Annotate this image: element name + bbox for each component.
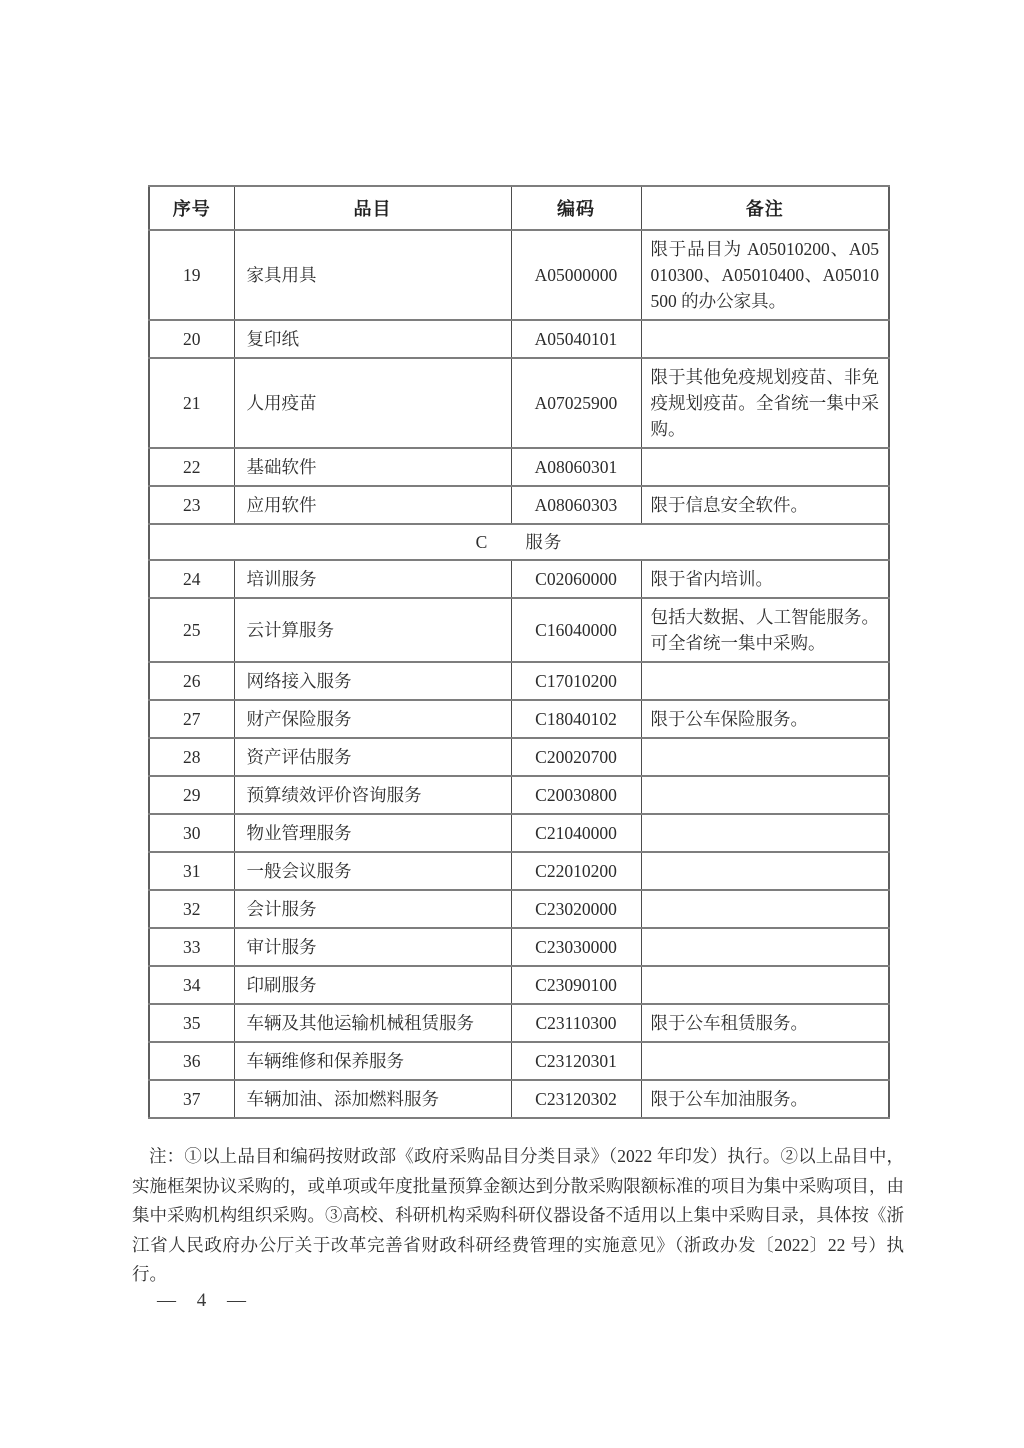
cell-item: 人用疫苗 (234, 358, 511, 448)
cell-remark (641, 320, 889, 358)
document-page: 序号 品目 编码 备注 19家具用具A05000000限于品目为 A050102… (0, 0, 1024, 1448)
table-row: 22基础软件A08060301 (149, 448, 889, 486)
cell-serial: 25 (149, 598, 234, 662)
cell-serial: 31 (149, 852, 234, 890)
cell-serial: 34 (149, 966, 234, 1004)
cell-serial: 23 (149, 486, 234, 524)
cell-item: 家具用具 (234, 230, 511, 320)
table-row: 35车辆及其他运输机械租赁服务C23110300限于公车租赁服务。 (149, 1004, 889, 1042)
cell-code: C21040000 (511, 814, 641, 852)
cell-code: C23120302 (511, 1080, 641, 1118)
cell-code: C23110300 (511, 1004, 641, 1042)
cell-item: 审计服务 (234, 928, 511, 966)
column-header-remark: 备注 (641, 186, 889, 230)
page-number: — 4 — (157, 1290, 248, 1312)
cell-remark: 限于公车保险服务。 (641, 700, 889, 738)
table-row: 24培训服务C02060000限于省内培训。 (149, 560, 889, 598)
procurement-catalog-table: 序号 品目 编码 备注 19家具用具A05000000限于品目为 A050102… (148, 185, 890, 1119)
table-row: 31一般会议服务C22010200 (149, 852, 889, 890)
cell-serial: 28 (149, 738, 234, 776)
cell-serial: 32 (149, 890, 234, 928)
cell-serial: 22 (149, 448, 234, 486)
cell-serial: 20 (149, 320, 234, 358)
section-label: C 服务 (149, 524, 889, 560)
cell-remark (641, 852, 889, 890)
cell-remark: 限于公车加油服务。 (641, 1080, 889, 1118)
cell-code: C20020700 (511, 738, 641, 776)
cell-code: C23030000 (511, 928, 641, 966)
cell-serial: 26 (149, 662, 234, 700)
cell-item: 网络接入服务 (234, 662, 511, 700)
table-row: 30物业管理服务C21040000 (149, 814, 889, 852)
cell-serial: 37 (149, 1080, 234, 1118)
cell-code: C17010200 (511, 662, 641, 700)
column-header-item: 品目 (234, 186, 511, 230)
cell-remark (641, 776, 889, 814)
table-row: 33审计服务C23030000 (149, 928, 889, 966)
cell-item: 车辆及其他运输机械租赁服务 (234, 1004, 511, 1042)
cell-item: 物业管理服务 (234, 814, 511, 852)
table-row: 21人用疫苗A07025900限于其他免疫规划疫苗、非免疫规划疫苗。全省统一集中… (149, 358, 889, 448)
cell-item: 印刷服务 (234, 966, 511, 1004)
cell-code: C22010200 (511, 852, 641, 890)
section-divider-row: C 服务 (149, 524, 889, 560)
cell-item: 复印纸 (234, 320, 511, 358)
column-header-code: 编码 (511, 186, 641, 230)
cell-item: 车辆维修和保养服务 (234, 1042, 511, 1080)
table-row: 25云计算服务C16040000包括大数据、人工智能服务。可全省统一集中采购。 (149, 598, 889, 662)
cell-remark (641, 890, 889, 928)
cell-remark (641, 814, 889, 852)
cell-serial: 21 (149, 358, 234, 448)
table-row: 34印刷服务C23090100 (149, 966, 889, 1004)
footnote-text: 注：①以上品目和编码按财政部《政府采购品目分类目录》（2022 年印发）执行。②… (132, 1142, 904, 1290)
cell-item: 资产评估服务 (234, 738, 511, 776)
cell-item: 财产保险服务 (234, 700, 511, 738)
table-header-row: 序号 品目 编码 备注 (149, 186, 889, 230)
cell-code: A08060301 (511, 448, 641, 486)
cell-serial: 19 (149, 230, 234, 320)
cell-serial: 30 (149, 814, 234, 852)
cell-remark (641, 662, 889, 700)
table-row: 23应用软件A08060303限于信息安全软件。 (149, 486, 889, 524)
column-header-serial: 序号 (149, 186, 234, 230)
cell-serial: 36 (149, 1042, 234, 1080)
cell-code: A05040101 (511, 320, 641, 358)
table-row: 20复印纸A05040101 (149, 320, 889, 358)
cell-code: A08060303 (511, 486, 641, 524)
cell-remark (641, 928, 889, 966)
table-row: 28资产评估服务C20020700 (149, 738, 889, 776)
cell-item: 预算绩效评价咨询服务 (234, 776, 511, 814)
cell-code: A05000000 (511, 230, 641, 320)
cell-code: C23020000 (511, 890, 641, 928)
cell-remark (641, 448, 889, 486)
cell-serial: 29 (149, 776, 234, 814)
cell-code: C23120301 (511, 1042, 641, 1080)
cell-code: C23090100 (511, 966, 641, 1004)
cell-code: C16040000 (511, 598, 641, 662)
cell-remark: 包括大数据、人工智能服务。可全省统一集中采购。 (641, 598, 889, 662)
table-row: 36车辆维修和保养服务C23120301 (149, 1042, 889, 1080)
cell-item: 培训服务 (234, 560, 511, 598)
cell-code: C18040102 (511, 700, 641, 738)
cell-item: 云计算服务 (234, 598, 511, 662)
table-row: 37车辆加油、添加燃料服务C23120302限于公车加油服务。 (149, 1080, 889, 1118)
cell-item: 应用软件 (234, 486, 511, 524)
cell-serial: 24 (149, 560, 234, 598)
cell-remark: 限于其他免疫规划疫苗、非免疫规划疫苗。全省统一集中采购。 (641, 358, 889, 448)
cell-item: 一般会议服务 (234, 852, 511, 890)
cell-remark (641, 1042, 889, 1080)
table-row: 19家具用具A05000000限于品目为 A05010200、A05010300… (149, 230, 889, 320)
cell-item: 车辆加油、添加燃料服务 (234, 1080, 511, 1118)
cell-code: A07025900 (511, 358, 641, 448)
cell-serial: 33 (149, 928, 234, 966)
cell-code: C20030800 (511, 776, 641, 814)
cell-serial: 27 (149, 700, 234, 738)
cell-remark: 限于信息安全软件。 (641, 486, 889, 524)
cell-serial: 35 (149, 1004, 234, 1042)
table-row: 32会计服务C23020000 (149, 890, 889, 928)
cell-remark: 限于省内培训。 (641, 560, 889, 598)
cell-remark (641, 966, 889, 1004)
cell-item: 基础软件 (234, 448, 511, 486)
table-row: 29预算绩效评价咨询服务C20030800 (149, 776, 889, 814)
cell-remark: 限于公车租赁服务。 (641, 1004, 889, 1042)
cell-remark (641, 738, 889, 776)
table-row: 27财产保险服务C18040102限于公车保险服务。 (149, 700, 889, 738)
table-row: 26网络接入服务C17010200 (149, 662, 889, 700)
cell-remark: 限于品目为 A05010200、A05010300、A05010400、A050… (641, 230, 889, 320)
cell-item: 会计服务 (234, 890, 511, 928)
cell-code: C02060000 (511, 560, 641, 598)
